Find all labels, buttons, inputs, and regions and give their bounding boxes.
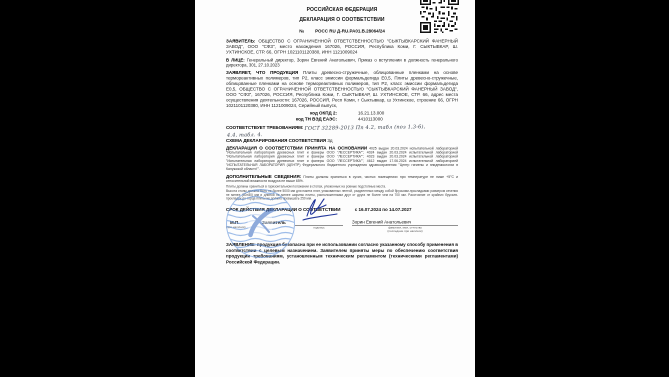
additional-line-2: Высота стопы должна быть не более 5000 м…	[226, 190, 458, 201]
applicant-text: ОБЩЕСТВО С ОГРАНИЧЕННОЙ ОТВЕТСТВЕННОСТЬЮ…	[226, 39, 458, 55]
applicant-label: ЗАЯВИТЕЛЬ:	[226, 39, 255, 44]
tnved-row: код ТН ВЭД ЕАЭС: 4410113000	[226, 116, 458, 122]
qr-code-icon	[420, 0, 459, 33]
signatory-name: Зорин Евгений Анатольевич	[352, 220, 458, 227]
basis-text: 4025 выдан 20.03.2024 испытательной лабо…	[226, 147, 458, 171]
scheme-section: СХЕМА ДЕКЛАРИРОВАНИЯ СООТВЕТСТВИЯ 3д	[226, 138, 458, 144]
declaration-document: РОССИЙСКАЯ ФЕДЕРАЦИЯ ДЕКЛАРАЦИЯ О СООТВЕ…	[195, 0, 475, 377]
applicant-sign-label: Заявитель	[262, 220, 286, 225]
signatory-name-note: фамилия, имя, отчество (последние при на…	[352, 227, 458, 234]
document-paper: РОССИЙСКАЯ ФЕДЕРАЦИЯ ДЕКЛАРАЦИЯ О СООТВЕ…	[195, 0, 475, 377]
mp-note: (при наличии)	[226, 226, 245, 229]
statement-text: продукция безопасна при ее использовании…	[226, 242, 458, 264]
statement-section: ЗАЯВЛЕНИЕ: продукция безопасна при ее ис…	[226, 242, 458, 265]
statement-label: ЗАЯВЛЕНИЕ:	[226, 242, 256, 247]
photo-background: РОССИЙСКАЯ ФЕДЕРАЦИЯ ДЕКЛАРАЦИЯ О СООТВЕ…	[0, 0, 669, 377]
declaration-number: РОСС RU Д-RU.РА01.В.28064/24	[315, 29, 385, 34]
in-person-text: Генеральный директор, Зорин Евгений Анат…	[226, 58, 458, 68]
tnved-label: код ТН ВЭД ЕАЭС:	[226, 116, 337, 122]
signature-block: М.П. (при наличии) Заявитель подпись Зор…	[226, 217, 458, 240]
scheme-label: СХЕМА ДЕКЛАРИРОВАНИЯ СООТВЕТСТВИЯ	[226, 138, 326, 143]
product-label: ЗАЯВЛЯЕТ, ЧТО ПРОДУКЦИЯ	[226, 70, 298, 75]
number-label: №	[299, 29, 304, 34]
validity-label: СРОК ДЕЙСТВИЯ ДЕКЛАРАЦИИ О СООТВЕТСТВИИ	[226, 207, 340, 212]
signature-line	[295, 225, 343, 226]
validity-section: СРОК ДЕЙСТВИЯ ДЕКЛАРАЦИИ О СООТВЕТСТВИИ …	[226, 207, 458, 212]
name-note-2: (последние при наличии)	[352, 230, 458, 234]
product-text: Плиты древесно-стружечные, облицованные …	[226, 70, 458, 108]
product-section: ЗАЯВЛЯЕТ, ЧТО ПРОДУКЦИЯ Плиты древесно-с…	[226, 70, 458, 109]
applicant-section: ЗАЯВИТЕЛЬ: ОБЩЕСТВО С ОГРАНИЧЕННОЙ ОТВЕТ…	[226, 39, 458, 56]
handwritten-requirements-line2: 4.4, табл. 4.	[227, 129, 458, 138]
scheme-value: 3д	[327, 138, 332, 143]
basis-section: ДЕКЛАРАЦИЯ О СООТВЕТСТВИИ ПРИНЯТА НА ОСН…	[226, 146, 458, 172]
additional-section: ДОПОЛНИТЕЛЬНЫЕ СВЕДЕНИЯ: Плиты должны хр…	[226, 175, 458, 184]
mp-label: М.П.	[230, 220, 239, 225]
requirements-label: СООТВЕТСТВУЕТ ТРЕБОВАНИЯМ:	[226, 125, 303, 130]
additional-label: ДОПОЛНИТЕЛЬНЫЕ СВЕДЕНИЯ:	[226, 174, 301, 179]
basis-label: ДЕКЛАРАЦИЯ О СООТВЕТСТВИИ ПРИНЯТА НА ОСН…	[226, 146, 367, 151]
additional-line-1: Плиты должны храниться в горизонтальном …	[226, 185, 458, 189]
tnved-value: 4410113000	[358, 116, 383, 122]
in-person-section: В ЛИЦЕ: Генеральный директор, Зорин Евге…	[226, 58, 458, 68]
codes-section: код ОКПД 2: 16.21.13.000 код ТН ВЭД ЕАЭС…	[226, 111, 458, 123]
validity-dates: с 16.07.2024 по 14.07.2027	[355, 207, 412, 212]
requirements-section: СООТВЕТСТВУЕТ ТРЕБОВАНИЯМ: ГОСТ 32289-20…	[226, 125, 458, 137]
signature-line-note: подпись	[295, 227, 343, 230]
